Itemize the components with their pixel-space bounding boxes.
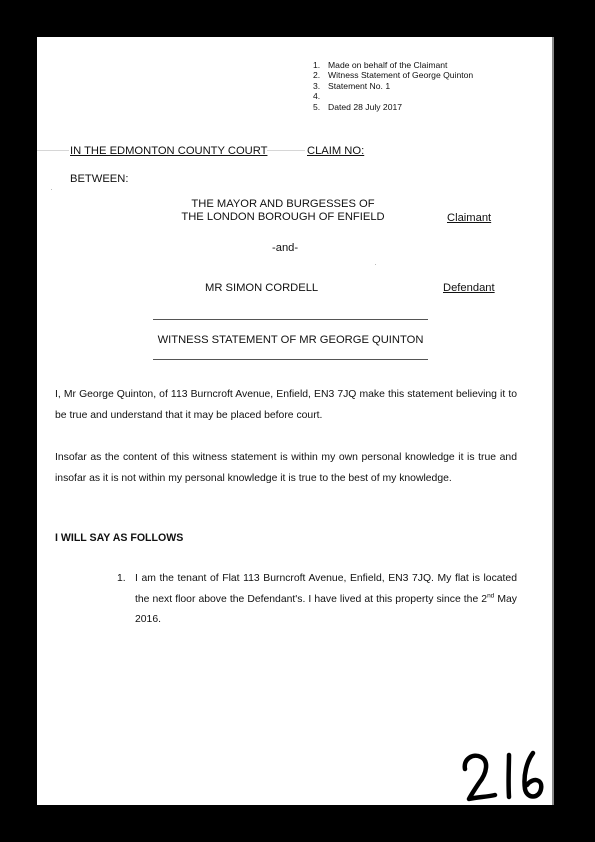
handwritten-page-number [457,747,547,805]
scan-speck [51,189,52,190]
scan-speck [375,264,376,265]
claimant-name: THE MAYOR AND BURGESSES OF THE LONDON BO… [177,198,389,224]
and-separator: -and- [272,242,298,254]
title-rule-top [153,319,428,320]
scan-line [37,150,69,151]
claimant-role: Claimant [447,212,491,224]
title-rule-bottom [153,359,428,360]
statement-metadata: 1.Made on behalf of the Claimant 2.Witne… [313,60,473,112]
document-page: 1.Made on behalf of the Claimant 2.Witne… [37,37,554,805]
knowledge-paragraph: Insofar as the content of this witness s… [55,448,517,489]
metadata-item: 1.Made on behalf of the Claimant [313,60,473,70]
claim-number-label: CLAIM NO: [307,145,364,157]
intro-paragraph: I, Mr George Quinton, of 113 Burncroft A… [55,385,517,426]
statement-title: WITNESS STATEMENT OF MR GEORGE QUINTON [153,334,428,346]
defendant-role: Defendant [443,282,495,294]
metadata-item: 2.Witness Statement of George Quinton [313,70,473,80]
court-name: IN THE EDMONTON COUNTY COURT [70,145,267,157]
between-label: BETWEEN: [70,173,128,185]
handwritten-216-icon [457,747,547,805]
scan-line [267,150,305,151]
defendant-name: MR SIMON CORDELL [205,282,318,295]
numbered-point: 1. I am the tenant of Flat 113 Burncroft… [117,569,517,631]
metadata-item: 3.Statement No. 1 [313,81,473,91]
metadata-item: 4. [313,91,473,101]
metadata-item: 5.Dated 28 July 2017 [313,102,473,112]
section-heading: I WILL SAY AS FOLLOWS [55,532,183,544]
